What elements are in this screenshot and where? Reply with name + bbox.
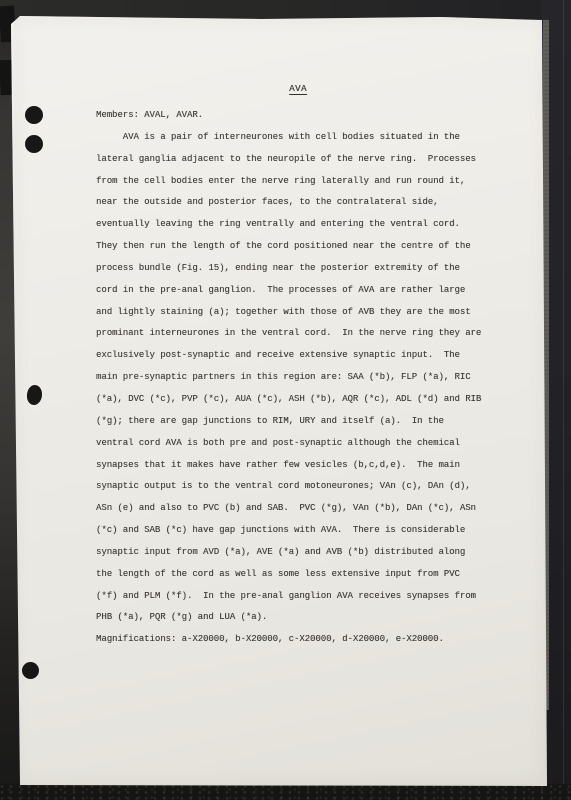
text-line: synaptic output is to the ventral cord m… [96,476,536,498]
album-page-edge-line [563,0,564,800]
text-line: the length of the cord as well as some l… [96,564,536,586]
scanned-document-photo: AVA Members: AVAL, AVAR. AVA is a pair o… [0,0,571,800]
document-body: Members: AVAL, AVAR. AVA is a pair of in… [96,105,536,651]
text-line: from the cell bodies enter the nerve rin… [96,171,536,193]
text-line: prominant interneurones in the ventral c… [96,323,536,345]
punch-hole [25,106,43,124]
text-line: synapses that it makes have rather few v… [96,455,536,477]
text-line: (*f) and PLM (*f). In the pre-anal gangl… [96,586,536,608]
text-line: They then run the length of the cord pos… [96,236,536,258]
text-line: synaptic input from AVD (*a), AVE (*a) a… [96,542,536,564]
text-line: near the outside and posterior faces, to… [96,192,536,214]
text-line: exclusively post-synaptic and receive ex… [96,345,536,367]
text-line: PHB (*a), PQR (*g) and LUA (*a). [96,607,536,629]
text-line: and lightly staining (a); together with … [96,302,536,324]
text-line: ASn (e) and also to PVC (b) and SAB. PVC… [96,498,536,520]
document-page: AVA Members: AVAL, AVAR. AVA is a pair o… [11,15,547,787]
text-line: main pre-synaptic partners in this regio… [96,367,536,389]
document-title: AVA [289,83,307,94]
text-line: AVA is a pair of interneurones with cell… [96,127,536,149]
text-line: lateral ganglia adjacent to the neuropil… [96,149,536,171]
text-line: cord in the pre-anal ganglion. The proce… [96,280,536,302]
punch-hole [22,662,39,679]
punch-hole [25,135,43,153]
title-row: AVA [96,81,500,95]
text-line: ventral cord AVA is both pre and post-sy… [96,433,536,455]
punch-hole [26,384,44,406]
text-line: Magnifications: a-X20000, b-X20000, c-X2… [96,629,536,651]
text-line: eventually leaving the ring ventrally an… [96,214,536,236]
album-background-bottom [0,784,571,800]
text-line: (*c) and SAB (*c) have gap junctions wit… [96,520,536,542]
text-line: (*a), DVC (*c), PVP (*c), AUA (*c), ASH … [96,389,536,411]
text-line: process bundle (Fig. 15), ending near th… [96,258,536,280]
text-line: Members: AVAL, AVAR. [96,105,536,127]
text-line: (*g); there are gap junctions to RIM, UR… [96,411,536,433]
